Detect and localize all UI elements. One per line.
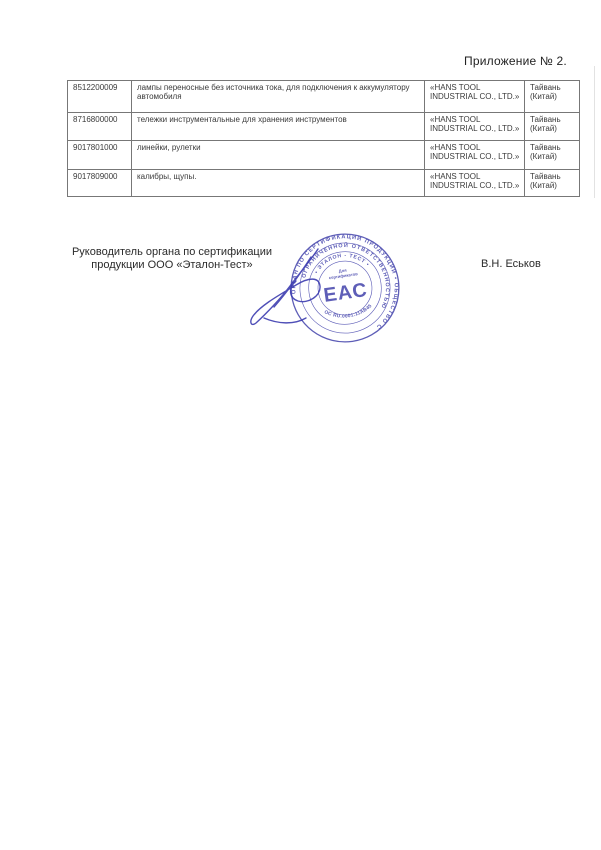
hs-code-cell: 8512200009 [68, 81, 132, 113]
signer-name: В.Н. Еськов [481, 258, 541, 270]
manufacturer-cell: «HANS TOOL INDUSTRIAL CO., LTD.» [425, 81, 525, 113]
country-cell: Тайвань (Китай) [525, 113, 580, 141]
table-row: 9017809000 калибры, щупы. «HANS TOOL IND… [68, 170, 580, 197]
appendix-title: Приложение № 2. [464, 54, 567, 68]
description-cell: линейки, рулетки [132, 141, 425, 170]
hs-code-cell: 9017801000 [68, 141, 132, 170]
manufacturer-cell: «HANS TOOL INDUSTRIAL CO., LTD.» [425, 113, 525, 141]
manufacturer-cell: «HANS TOOL INDUSTRIAL CO., LTD.» [425, 170, 525, 197]
document-page: Приложение № 2. 8512200009 лампы перенос… [0, 0, 601, 850]
table-row: 8512200009 лампы переносные без источник… [68, 81, 580, 113]
description-cell: тележки инструментальные для хранения ин… [132, 113, 425, 141]
signature-stroke-secondary [264, 257, 311, 323]
hs-code-cell: 8716800000 [68, 113, 132, 141]
table-row: 8716800000 тележки инструментальные для … [68, 113, 580, 141]
table-row: 9017801000 линейки, рулетки «HANS TOOL I… [68, 141, 580, 170]
country-cell: Тайвань (Китай) [525, 141, 580, 170]
handwritten-signature [236, 237, 376, 337]
hs-code-cell: 9017809000 [68, 170, 132, 197]
description-cell: лампы переносные без источника тока, для… [132, 81, 425, 113]
description-cell: калибры, щупы. [132, 170, 425, 197]
scan-artifact-line [594, 66, 595, 198]
manufacturer-cell: «HANS TOOL INDUSTRIAL CO., LTD.» [425, 141, 525, 170]
country-cell: Тайвань (Китай) [525, 81, 580, 113]
country-cell: Тайвань (Китай) [525, 170, 580, 197]
goods-table: 8512200009 лампы переносные без источник… [67, 80, 580, 197]
